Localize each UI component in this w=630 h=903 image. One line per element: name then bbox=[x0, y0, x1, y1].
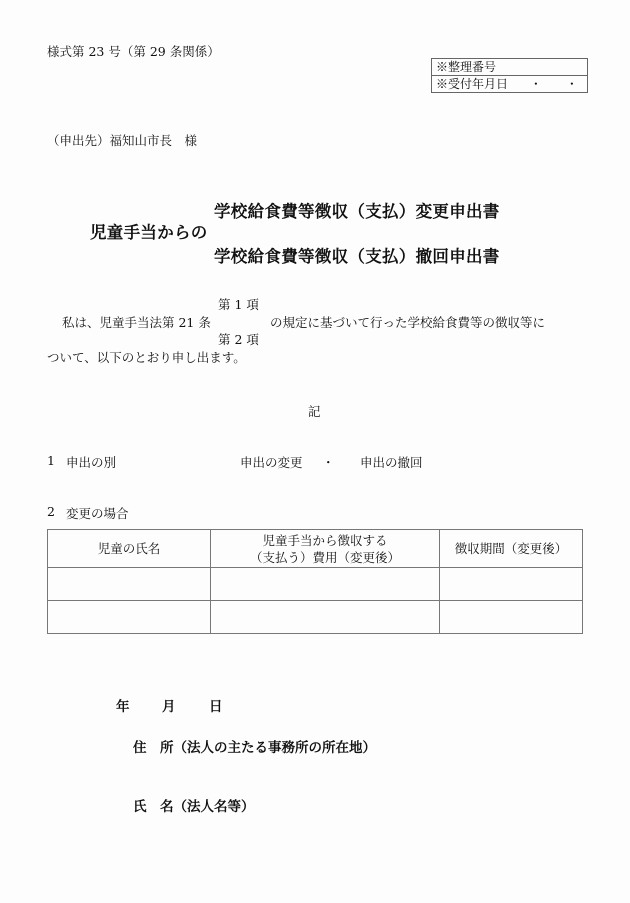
option-separator: ・ bbox=[322, 453, 335, 471]
name-label: 氏 名（法人名等） bbox=[133, 795, 255, 815]
header-fee: 児童手当から徴収する （支払う）費用（変更後） bbox=[211, 530, 440, 568]
section1-label: 申出の別 bbox=[66, 453, 116, 471]
reference-number-label: ※整理番号 bbox=[436, 60, 496, 74]
option-change[interactable]: 申出の変更 bbox=[240, 453, 303, 471]
clause-option-1[interactable]: 第 1 項 bbox=[218, 295, 259, 313]
period-cell[interactable] bbox=[440, 601, 583, 634]
office-use-box: ※整理番号 ※受付年月日 ・ ・ bbox=[431, 58, 588, 93]
fee-cell[interactable] bbox=[211, 601, 440, 634]
table-header-row: 児童の氏名 児童手当から徴収する （支払う）費用（変更後） 徴収期間（変更後） bbox=[48, 530, 583, 568]
clause-option-2[interactable]: 第 2 項 bbox=[218, 330, 259, 348]
date-month-label: 月 bbox=[162, 695, 176, 715]
receipt-date-row: ※受付年月日 ・ ・ bbox=[432, 75, 587, 92]
receipt-date-value: ・ ・ bbox=[530, 77, 584, 91]
section1-number: 1 bbox=[47, 453, 55, 468]
note-heading: 記 bbox=[308, 402, 321, 420]
date-year-label: 年 bbox=[116, 695, 130, 715]
section2-number: 2 bbox=[47, 504, 55, 519]
form-number: 様式第 23 号（第 29 条関係） bbox=[47, 42, 220, 60]
title-withdraw: 学校給食費等徴収（支払）撤回申出書 bbox=[214, 243, 500, 267]
header-child-name: 児童の氏名 bbox=[48, 530, 211, 568]
child-name-cell[interactable] bbox=[48, 568, 211, 601]
date-day-label: 日 bbox=[209, 695, 223, 715]
reference-number-row: ※整理番号 bbox=[432, 59, 587, 75]
addressee: （申出先）福知山市長 様 bbox=[47, 131, 197, 149]
table-row bbox=[48, 568, 583, 601]
receipt-date-label: ※受付年月日 bbox=[436, 77, 508, 91]
address-label: 住 所（法人の主たる事務所の所在地） bbox=[133, 736, 376, 756]
option-withdraw[interactable]: 申出の撤回 bbox=[360, 453, 423, 471]
child-name-cell[interactable] bbox=[48, 601, 211, 634]
table-row bbox=[48, 601, 583, 634]
header-fee-line2: （支払う）費用（変更後） bbox=[211, 549, 439, 566]
header-fee-line1: 児童手当から徴収する bbox=[211, 532, 439, 549]
body-line2: ついて、以下のとおり申し出ます。 bbox=[47, 348, 246, 366]
body-lead: 私は、児童手当法第 21 条 bbox=[62, 313, 211, 331]
fee-cell[interactable] bbox=[211, 568, 440, 601]
header-period: 徴収期間（変更後） bbox=[440, 530, 583, 568]
title-prefix: 児童手当からの bbox=[90, 219, 208, 243]
change-table: 児童の氏名 児童手当から徴収する （支払う）費用（変更後） 徴収期間（変更後） bbox=[47, 529, 583, 634]
period-cell[interactable] bbox=[440, 568, 583, 601]
body-tail: の規定に基づいて行った学校給食費等の徴収等に bbox=[270, 313, 545, 331]
section2-label: 変更の場合 bbox=[66, 504, 129, 522]
title-change: 学校給食費等徴収（支払）変更申出書 bbox=[214, 198, 500, 222]
